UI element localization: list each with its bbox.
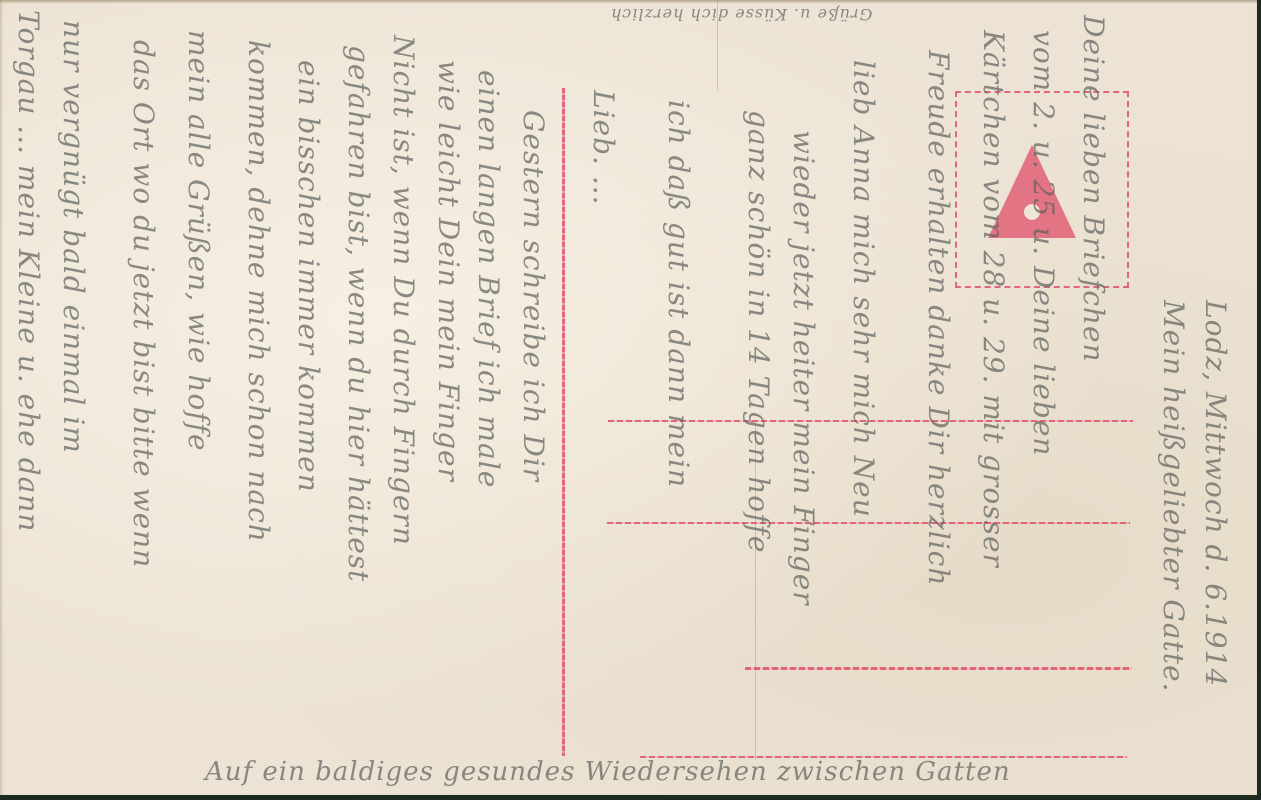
text-column: ein bisschen immer kommen <box>292 60 325 493</box>
text-column: Gestern schreibe ich Dir <box>517 110 550 482</box>
text-column: wie leicht Dein mein Finger <box>432 60 465 482</box>
date-line: Lodz, Mittwoch d. 6.1914 <box>1199 300 1232 687</box>
greeting: Mein heißgeliebter Gatte. <box>1157 300 1190 692</box>
text-column: gefahren bist, wenn du hier hättest <box>342 45 375 582</box>
text-column: vom 2. u. 25 u. Deine lieben <box>1027 30 1060 456</box>
address-line-3 <box>745 667 1132 670</box>
text-column: das Ort wo du jetzt bist bitte wenn <box>127 40 160 568</box>
text-column: kommen, dehne mich schon nach <box>242 40 275 543</box>
text-column: ganz schön in 14 Tagen hoffe <box>742 110 775 553</box>
text-column: Freude erhalten danke Dir herzlich <box>922 50 955 586</box>
text-column: wieder jetzt heiter mein Finger <box>787 130 820 606</box>
text-column: ich daß gut ist dann mein <box>662 100 695 488</box>
top-margin-line: Grüße u. Küsse dich herzlich <box>610 5 872 24</box>
text-column: Torgau ... mein Kleine u. ehe dann <box>12 10 45 532</box>
text-column: mein alle Grüßen, wie hoffe <box>182 30 215 452</box>
text-column: Lieb. ... <box>587 90 620 206</box>
text-column: nur vergnügt bald einmal im <box>57 20 90 454</box>
text-column: Deine lieben Briefchen <box>1077 15 1110 363</box>
text-column: Kärtchen vom 28 u. 29. mit grosser <box>977 30 1010 568</box>
text-column: einen langen Brief ich male <box>472 70 505 488</box>
postcard-back: Lodz, Mittwoch d. 6.1914 Mein heißgelieb… <box>0 0 1257 795</box>
text-column: Nicht ist, wenn Du durch Fingern <box>387 35 420 546</box>
bottom-margin-line: Auf ein baldiges gesundes Wiedersehen zw… <box>205 757 1011 787</box>
text-column: lieb Anna mich sehr mich Neu <box>847 60 880 518</box>
center-divider-line <box>562 88 565 756</box>
address-line-2 <box>607 522 1130 524</box>
